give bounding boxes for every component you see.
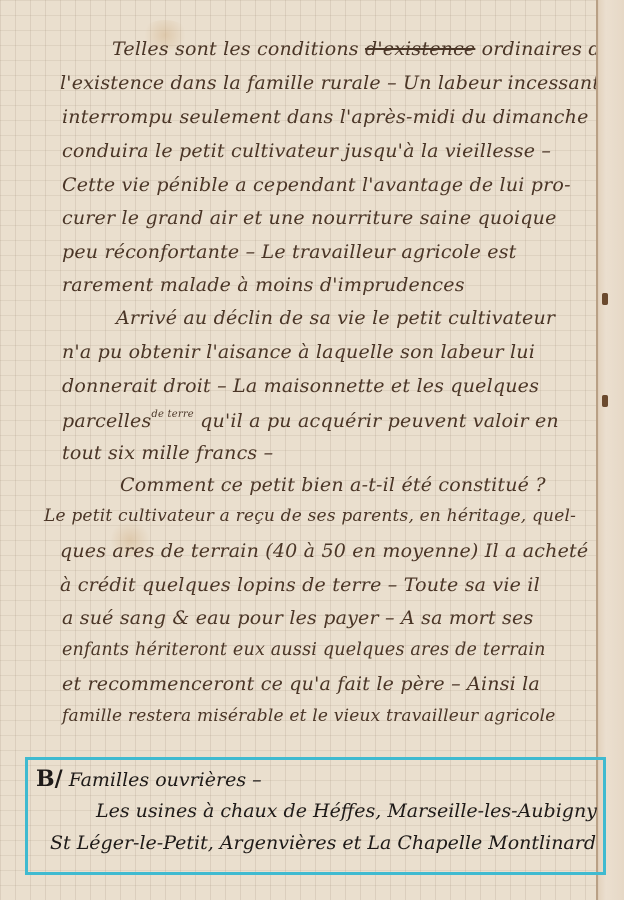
- section-letter: B/: [36, 766, 63, 792]
- line-text: qu'il a pu acquérir peuvent valoir en: [194, 410, 559, 432]
- text-line: tout six mille francs –: [62, 442, 273, 464]
- highlighted-section: B/ Familles ouvrières – Les usines à cha…: [25, 757, 606, 875]
- text-line: Arrivé au déclin de sa vie le petit cult…: [116, 307, 555, 329]
- section-text-line: St Léger-le-Petit, Argenvières et La Cha…: [50, 832, 596, 854]
- text-line: rarement malade à moins d'imprudences: [62, 274, 465, 296]
- text-line: peu réconfortante – Le travailleur agric…: [62, 241, 517, 263]
- text-line: Le petit cultivateur a reçu de ses paren…: [44, 506, 576, 526]
- text-line: parcellesde terre qu'il a pu acquérir pe…: [62, 409, 559, 432]
- section-title: Familles ouvrières –: [69, 769, 262, 791]
- text-line: a sué sang & eau pour les payer – A sa m…: [62, 607, 533, 629]
- text-line: et recommenceront ce qu'a fait le père –…: [62, 673, 540, 695]
- text-line: à crédit quelques lopins de terre – Tout…: [60, 574, 540, 596]
- text-line: enfants hériteront eux aussi quelques ar…: [62, 640, 546, 660]
- section-text-line: Les usines à chaux de Héffes, Marseille-…: [96, 800, 597, 822]
- text-line: l'existence dans la famille rurale – Un …: [60, 72, 600, 94]
- interlinear-insertion: de terre: [151, 409, 194, 420]
- line-text: ordinaires de: [475, 38, 612, 60]
- line-text: Telles sont les conditions: [112, 38, 365, 60]
- text-line: Comment ce petit bien a-t-il été constit…: [120, 474, 546, 496]
- text-line: conduira le petit cultivateur jusqu'à la…: [62, 140, 551, 162]
- line-text: parcelles: [62, 410, 151, 432]
- binding-mark: [602, 293, 608, 305]
- text-line: Cette vie pénible a cependant l'avantage…: [62, 174, 571, 196]
- text-line: n'a pu obtenir l'aisance à laquelle son …: [62, 341, 535, 363]
- struck-text: d'existence: [365, 38, 475, 60]
- text-line: donnerait droit – La maisonnette et les …: [62, 375, 539, 397]
- text-line: Telles sont les conditions d'existence o…: [112, 38, 612, 60]
- text-line: ques ares de terrain (40 à 50 en moyenne…: [60, 540, 588, 562]
- text-line: interrompu seulement dans l'après-midi d…: [62, 106, 589, 128]
- binding-mark: [602, 395, 608, 407]
- text-line: famille restera misérable et le vieux tr…: [62, 706, 556, 726]
- section-heading: B/ Familles ouvrières –: [36, 766, 262, 792]
- text-line: curer le grand air et une nourriture sai…: [62, 207, 557, 229]
